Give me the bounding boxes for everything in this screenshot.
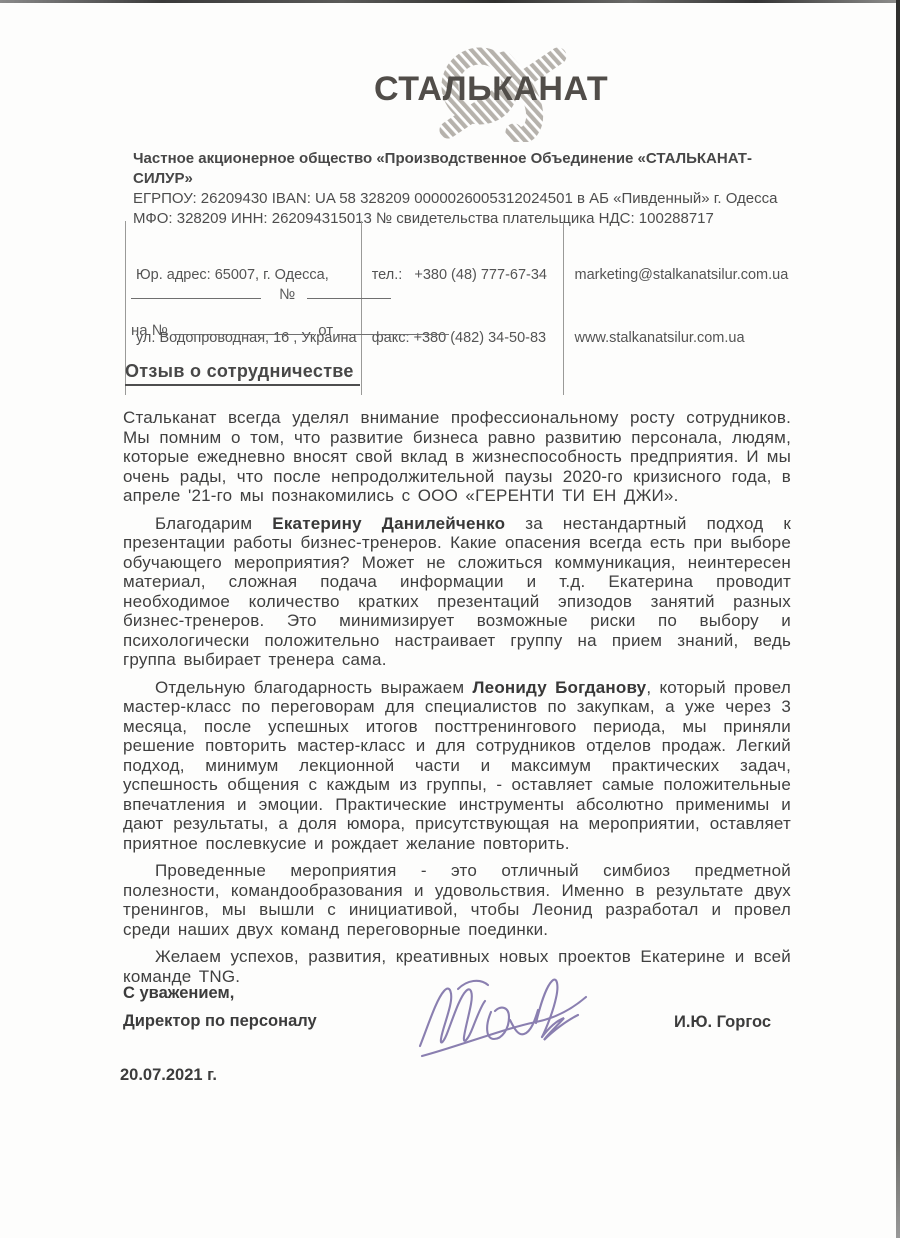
highlighted-name: Леониду Богданову (473, 678, 647, 697)
paragraph-text: , который провел мастер-класс по перегов… (123, 678, 791, 853)
phone-line: тел.: +380 (48) 777-67-34 (372, 265, 564, 286)
contact-web: marketing@stalkanatsilur.com.ua www.stal… (563, 221, 805, 395)
paragraph-text: Проведенные мероприятия - это отличный с… (123, 861, 791, 939)
logo-wordmark: СТАЛЬКАНАТ (374, 70, 604, 109)
number-sign-label: № (279, 286, 295, 303)
scanned-letter-page: СТАЛЬКАНАТ Частное акционерное общество … (0, 0, 900, 1238)
company-registration-line: ЕГРПОУ: 26209430 IBAN: UA 58 328209 0000… (133, 189, 803, 209)
contact-phones: тел.: +380 (48) 777-67-34 факс: +380 (48… (361, 221, 564, 395)
paragraph-text: Отдельную благодарность выражаем (155, 678, 473, 697)
blank-line (131, 284, 261, 299)
closing-regards: С уважением, (123, 984, 234, 1003)
scan-edge-top (0, 0, 900, 3)
signer-name: И.Ю. Горгос (674, 1013, 771, 1032)
ot-label: от (318, 322, 333, 339)
paragraph-text: Стальканат всегда уделял внимание профес… (123, 408, 791, 505)
body-paragraphs: Стальканат всегда уделял внимание профес… (123, 408, 791, 994)
closing-position: Директор по персоналу (123, 1012, 317, 1031)
letter-title: Отзыв о сотрудничестве (125, 361, 360, 386)
company-name-line: Частное акционерное общество «Производст… (133, 149, 803, 189)
body-paragraph: Отдельную благодарность выражаем Леониду… (123, 678, 791, 854)
paragraph-text: Благодарим (155, 514, 272, 533)
na-no-label: на № (131, 322, 168, 339)
paragraph-text: за нестандартный подход к презентации ра… (123, 514, 791, 670)
reference-line-2: на № от (131, 320, 449, 339)
scan-edge-right (896, 0, 900, 1238)
address-line-1: Юр. адрес: 65007, г. Одесса, (136, 265, 361, 286)
website-line: www.stalkanatsilur.com.ua (574, 328, 805, 349)
email-line: marketing@stalkanatsilur.com.ua (574, 265, 805, 286)
letter-date: 20.07.2021 г. (120, 1066, 217, 1085)
body-paragraph: Благодарим Екатерину Данилейченко за нес… (123, 514, 791, 670)
reference-line-1: № (131, 284, 391, 303)
blank-line (337, 320, 449, 335)
highlighted-name: Екатерину Данилейченко (272, 514, 505, 533)
company-info: Частное акционерное общество «Производст… (133, 149, 803, 229)
blank-line (172, 320, 314, 335)
body-paragraph: Проведенные мероприятия - это отличный с… (123, 861, 791, 939)
body-paragraph: Стальканат всегда уделял внимание профес… (123, 408, 791, 506)
handwritten-signature-icon (414, 968, 594, 1064)
blank-line (307, 284, 391, 299)
